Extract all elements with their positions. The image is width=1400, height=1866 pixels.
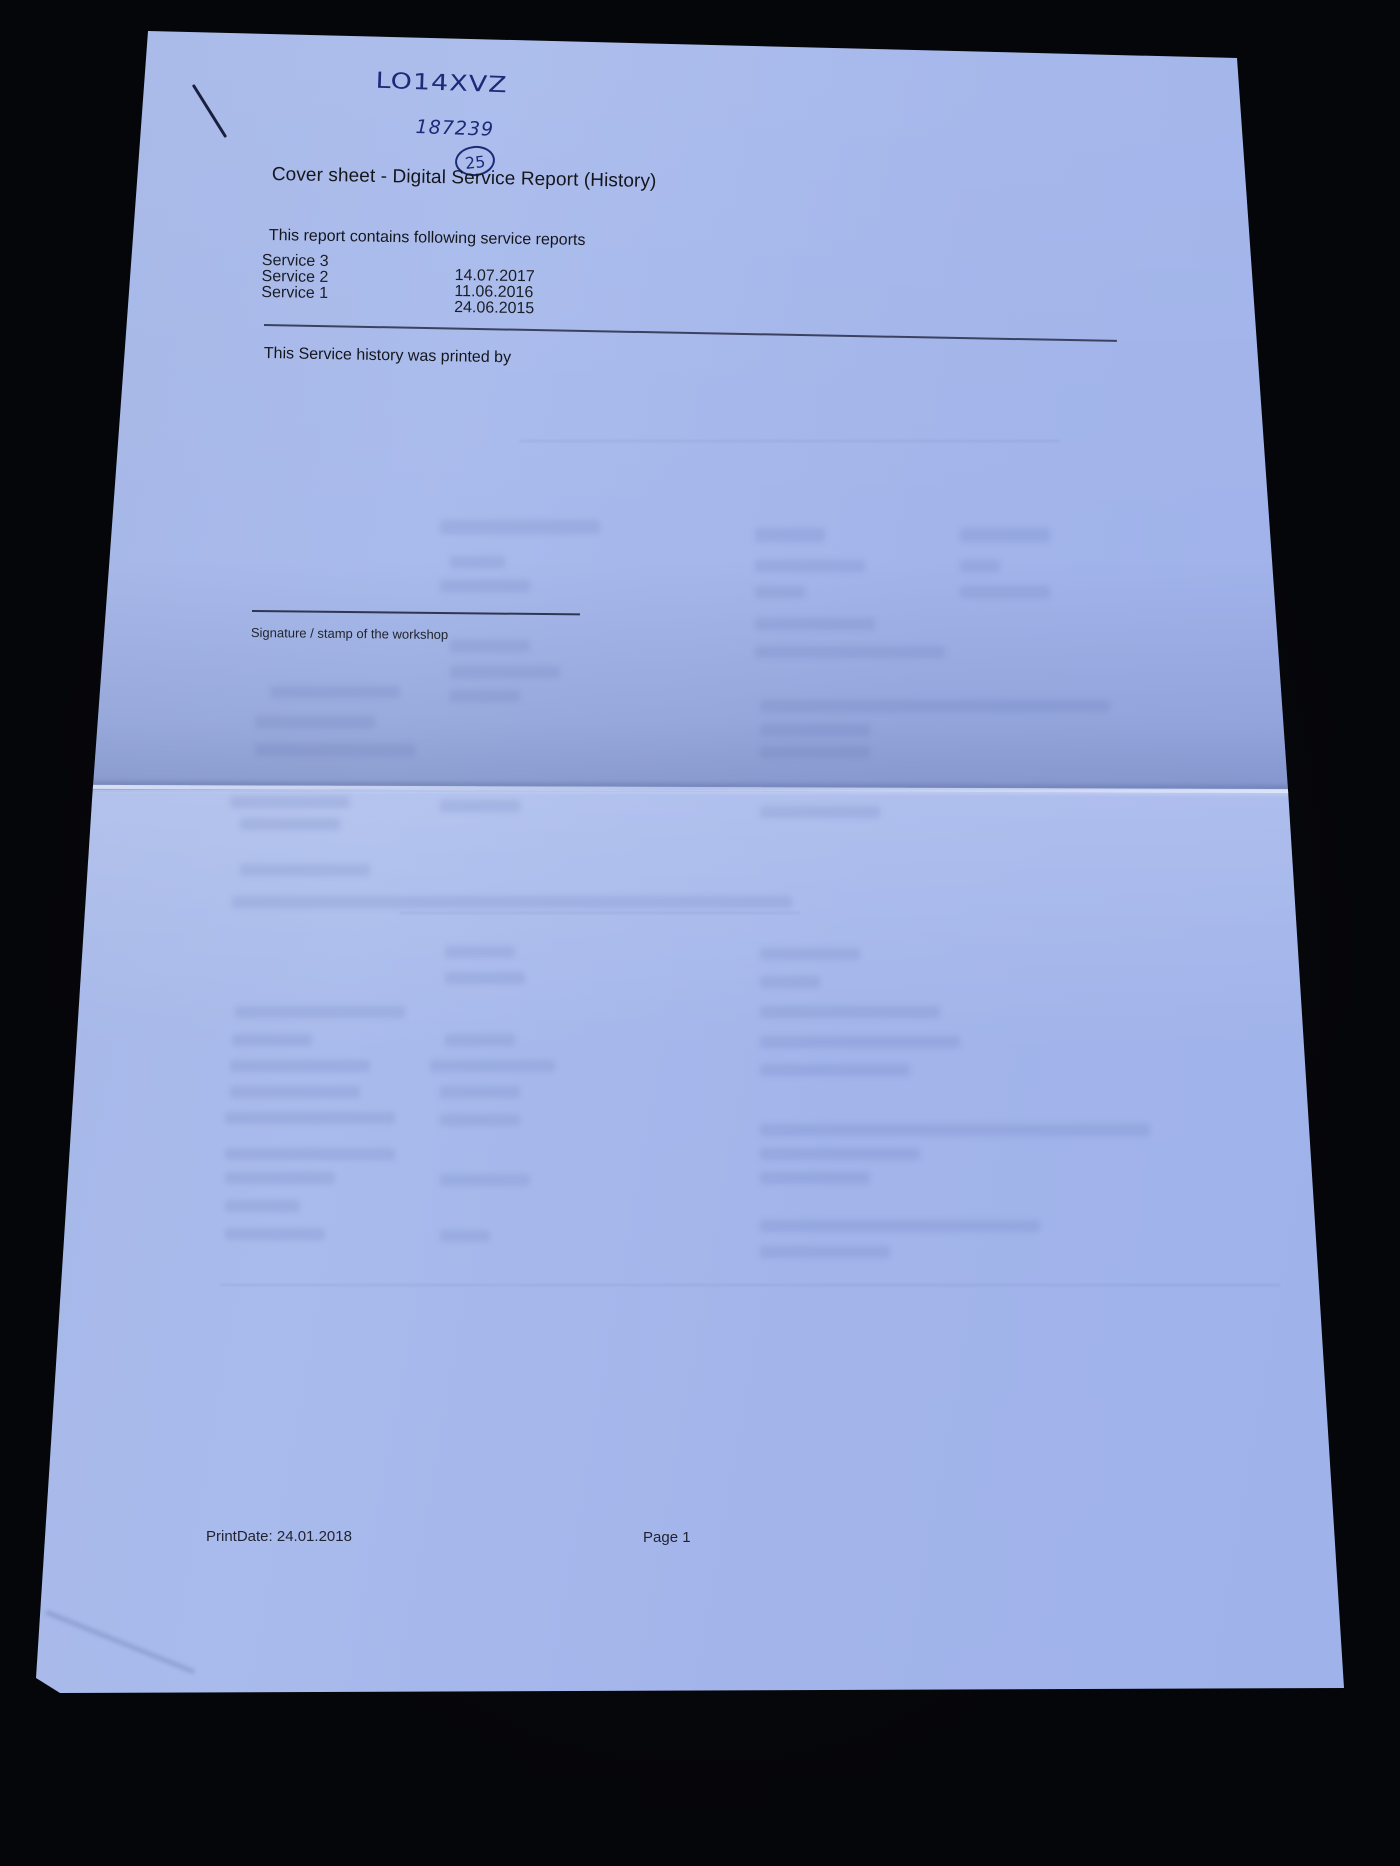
check-tick-mark-icon [192,84,227,138]
printed-by-label: This Service history was printed by [264,345,511,367]
paper-highlight-lower [0,792,1400,1052]
service-list: Service 3 14.07.2017 Service 2 11.06.201… [261,253,262,301]
paper-sheet: LO14XVZ 187239 25 Cover sheet - Digital … [0,0,1400,1866]
signature-label: Signature / stamp of the workshop [251,625,448,642]
service-date: 24.06.2015 [454,300,534,317]
corner-crease [45,1610,195,1674]
service-name: Service 1 [261,285,328,302]
footer-print-date: PrintDate: 24.01.2018 [206,1528,352,1545]
handwritten-number: 187239 [415,116,494,141]
photo-scene: LO14XVZ 187239 25 Cover sheet - Digital … [0,0,1400,1866]
footer-page-number: Page 1 [643,1529,691,1546]
divider-line [264,324,1117,342]
handwritten-registration: LO14XVZ [375,68,508,98]
intro-text: This report contains following service r… [269,227,586,250]
paper-shadow-upper [0,560,1400,790]
document-title: Cover sheet - Digital Service Report (Hi… [272,164,657,193]
